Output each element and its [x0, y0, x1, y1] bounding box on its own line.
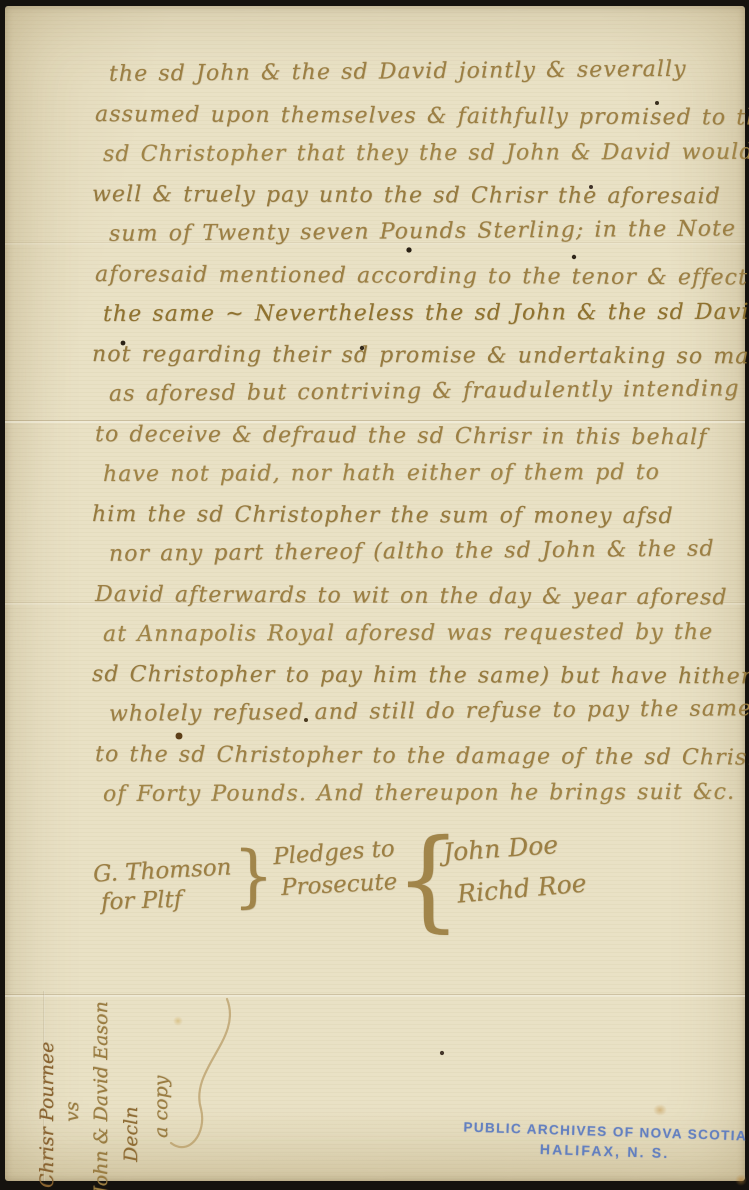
foxing-spot — [735, 1174, 747, 1186]
archive-stamp: PUBLIC ARCHIVES OF NOVA SCOTIA HALIFAX, … — [455, 1119, 749, 1163]
signature-block: G. Thomson for Pltf } Pledges to Prosecu… — [5, 826, 749, 946]
manuscript-line: the sd John & the sd David jointly & sev… — [87, 56, 737, 102]
manuscript-line: to the sd Christopher to the damage of t… — [87, 742, 737, 785]
attorney-signature: G. Thomson — [92, 854, 232, 887]
pledge-name: Richd Roe — [456, 868, 588, 908]
docket-plaintiff: Chrisr Pournee — [32, 986, 62, 1190]
pen-flourish — [155, 991, 245, 1171]
foxing-spot — [653, 1104, 667, 1116]
docket-versus: vs — [62, 986, 86, 1190]
manuscript-line: assumed upon themselves & faithfully pro… — [87, 102, 737, 145]
pledge-brace-icon: } — [233, 838, 274, 916]
manuscript-line: nor any part thereof (altho the sd John … — [87, 536, 737, 582]
manuscript-line: David afterwards to wit on the day & yea… — [87, 582, 737, 625]
docket-doc-type: Decln — [116, 986, 146, 1190]
manuscript-body: the sd John & the sd David jointly & sev… — [87, 62, 737, 822]
manuscript-line: to deceive & defraud the sd Chrisr in th… — [87, 422, 737, 465]
manuscript-line: have not paid, nor hath either of them p… — [87, 460, 737, 502]
docket-defendants: John & David Eason — [86, 986, 116, 1190]
attorney-role: for Pltf — [101, 887, 183, 916]
ink-specks — [5, 6, 7, 8]
pledge-label: Pledges to — [272, 836, 395, 870]
manuscript-line: sd Christopher that they the sd John & D… — [87, 140, 737, 182]
pledge-label: Prosecute — [280, 869, 397, 901]
manuscript-line: sum of Twenty seven Pounds Sterling; in … — [87, 216, 737, 262]
manuscript-line: aforesaid mentioned according to the ten… — [87, 262, 737, 305]
paper-sheet: the sd John & the sd David jointly & sev… — [5, 6, 745, 1181]
manuscript-line: as aforesd but contriving & fraudulently… — [87, 376, 737, 422]
manuscript-line: the same ~ Nevertheless the sd John & th… — [87, 300, 737, 342]
names-brace-icon: { — [395, 815, 461, 943]
manuscript-line: wholely refused and still do refuse to p… — [87, 696, 737, 742]
manuscript-line: at Annapolis Royal aforesd was requested… — [87, 620, 737, 662]
scanned-document: the sd John & the sd David jointly & sev… — [0, 0, 749, 1190]
